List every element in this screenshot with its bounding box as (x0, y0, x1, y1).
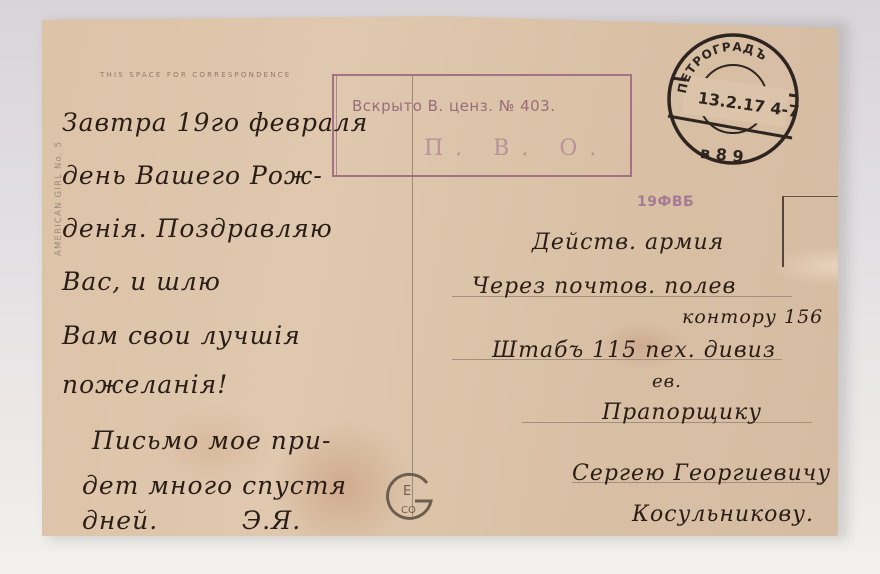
logo-letter-e: E (403, 484, 411, 499)
purple-stamp-mark: 19ФВБ (637, 194, 694, 210)
postmark-icon: ПЕТРОГРАДЪ 13.2.17 4-7 в 8 9 (662, 28, 804, 170)
message-line: дет много спустя (82, 471, 347, 500)
address-line: Сергею Георгиевичу (572, 461, 831, 486)
address-line: Через почтов. полев (472, 274, 736, 299)
publisher-logo-icon: E CO (385, 471, 437, 523)
stamp-box-outline (782, 196, 840, 267)
message-line: пожеланія! (62, 370, 228, 399)
address-line: Штабъ 115 пех. дивиз (492, 338, 776, 363)
message-line: день Вашего Рож- (62, 161, 323, 190)
address-line: Косульникову. (632, 502, 814, 527)
message-line: Завтра 19го февраля (62, 108, 368, 137)
address-line: Прапорщику (602, 400, 762, 425)
message-line: денія. Поздравляю (62, 214, 333, 243)
censor-stamp-line2: П. В. О. (424, 136, 608, 161)
postmark-bottom: в 8 9 (699, 143, 744, 166)
correspondence-label: THIS SPACE FOR CORRESPONDENCE (100, 71, 291, 79)
message-line: Вас, и шлю (62, 267, 221, 296)
message-line: Вам свои лучшія (62, 321, 301, 350)
postcard: THIS SPACE FOR CORRESPONDENCE AMERICAN G… (42, 16, 838, 536)
censor-stamp-line1: Вскрыто В. ценз. № 403. (352, 97, 556, 115)
message-line: Письмо мое при- (92, 426, 331, 455)
logo-letters-co: CO (401, 505, 416, 516)
censor-stamp: Вскрыто В. ценз. № 403. П. В. О. (332, 74, 632, 177)
address-line: Действ. армия (532, 230, 724, 255)
message-line: дней. (82, 506, 158, 535)
address-line: ев. (652, 371, 682, 392)
signature: Э.Я. (242, 506, 301, 535)
address-line: контору 156 (682, 306, 823, 328)
